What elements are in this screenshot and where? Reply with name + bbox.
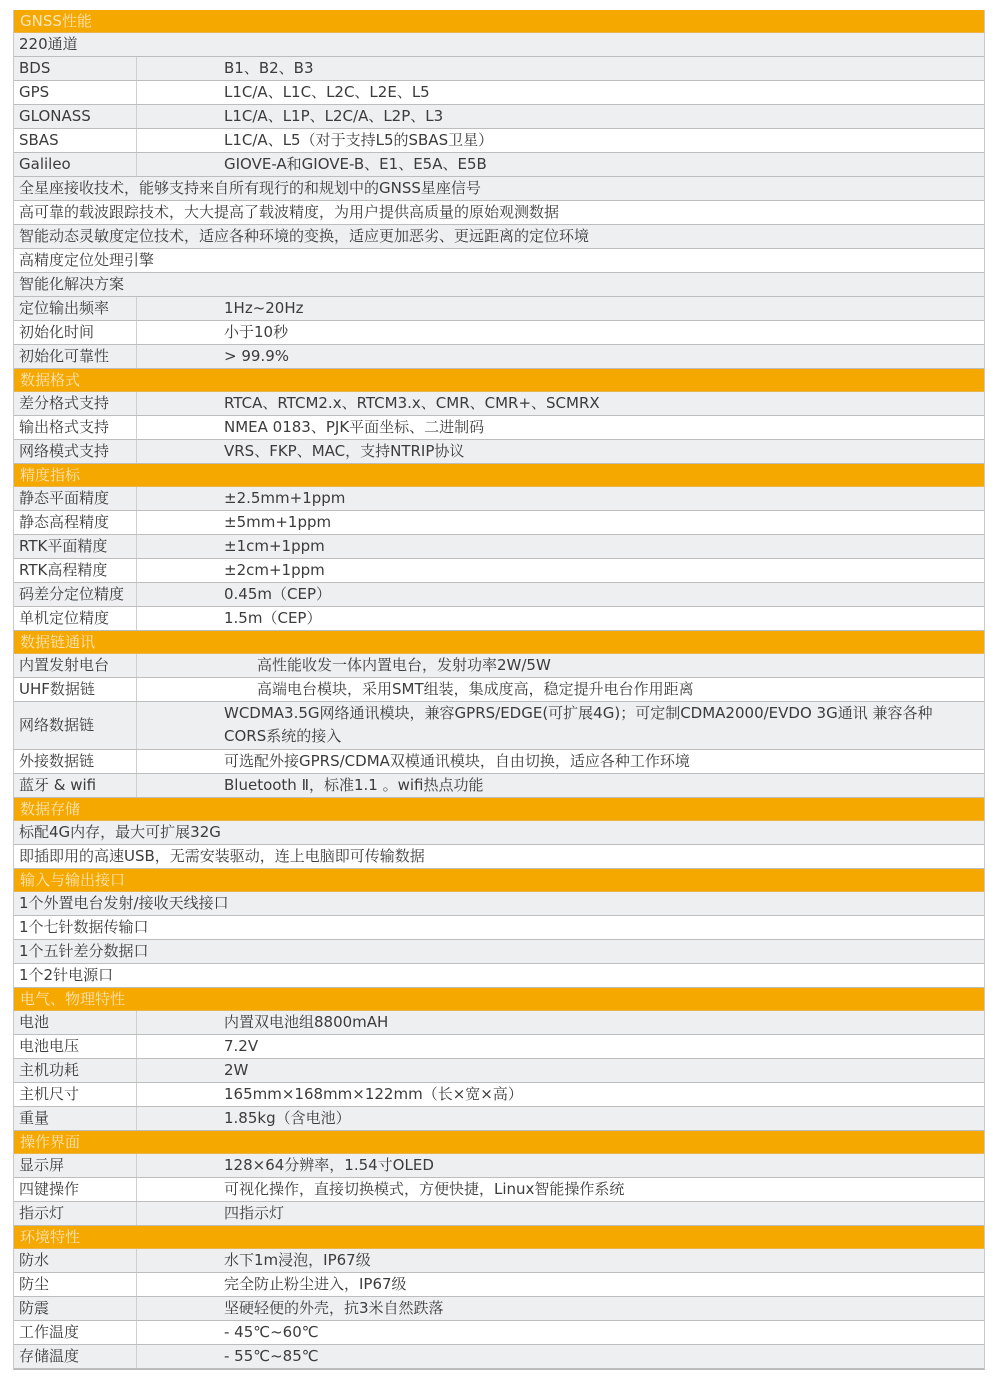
table-row: 防尘完全防止粉尘进入，IP67级 [14,1273,984,1297]
table-row: 差分格式支持RTCA、RTCM2.x、RTCM3.x、CMR、CMR+、SCMR… [14,392,984,416]
table-row: 1个外置电台发射/接收天线接口 [14,892,984,916]
row-label: 重量 [14,1107,137,1130]
table-row: 防震坚硬轻便的外壳，抗3米自然跌落 [14,1297,984,1321]
row-label: 主机功耗 [14,1059,137,1082]
row-value: 四指示灯 [137,1202,984,1225]
table-row: GLONASSL1C/A、L1P、L2C/A、L2P、L3 [14,105,984,129]
row-text: 标配4G内存，最大可扩展32G [14,821,984,844]
row-value: 0.45m（CEP） [137,583,984,606]
table-row: RTK高程精度±2cm+1ppm [14,559,984,583]
row-text: 高可靠的载波跟踪技术，大大提高了载波精度，为用户提供高质量的原始观测数据 [14,201,984,224]
row-label: 输出格式支持 [14,416,137,439]
row-value: NMEA 0183、PJK平面坐标、二进制码 [137,416,984,439]
table-row: 初始化可靠性 > 99.9% [14,345,984,369]
row-label: 静态高程精度 [14,511,137,534]
row-value: 完全防止粉尘进入，IP67级 [137,1273,984,1296]
table-row: UHF数据链高端电台模块，采用SMT组装，集成度高，稳定提升电台作用距离 [14,678,984,702]
table-row: BDSB1、B2、B3 [14,57,984,81]
table-row: 全星座接收技术，能够支持来自所有现行的和规划中的GNSS星座信号 [14,177,984,201]
row-label: 网络模式支持 [14,440,137,463]
row-label: 显示屏 [14,1154,137,1177]
section-header: 环境特性 [14,1226,984,1249]
table-row: GalileoGIOVE-A和GIOVE-B、E1、E5A、E5B [14,153,984,177]
row-label: 外接数据链 [14,750,137,773]
table-row: 网络数据链WCDMA3.5G网络通讯模块，兼容GPRS/EDGE(可扩展4G)；… [14,702,984,750]
section-header: 数据链通讯 [14,631,984,654]
row-label: 差分格式支持 [14,392,137,415]
row-value: ±1cm+1ppm [137,535,984,558]
row-text: 高精度定位处理引擎 [14,249,984,272]
row-label: Galileo [14,153,137,176]
table-row: 四键操作可视化操作，直接切换模式，方便快捷，Linux智能操作系统 [14,1178,984,1202]
row-label: 四键操作 [14,1178,137,1201]
row-value: RTCA、RTCM2.x、RTCM3.x、CMR、CMR+、SCMRX [137,392,984,415]
row-value: L1C/A、L5（对于支持L5的SBAS卫星） [137,129,984,152]
row-text: 1个七针数据传输口 [14,916,984,939]
table-row: 1个五针差分数据口 [14,940,984,964]
table-row: 智能化解决方案 [14,273,984,297]
section-header: 数据存储 [14,798,984,821]
table-row: 电池电压7.2V [14,1035,984,1059]
row-value: 高端电台模块，采用SMT组装，集成度高，稳定提升电台作用距离 [137,678,984,701]
table-row: 1个2针电源口 [14,964,984,988]
row-label: 单机定位精度 [14,607,137,630]
row-label: RTK平面精度 [14,535,137,558]
table-row: 即插即用的高速USB，无需安装驱动，连上电脑即可传输数据 [14,845,984,869]
row-text: 1个五针差分数据口 [14,940,984,963]
row-label: 工作温度 [14,1321,137,1344]
section-header: 精度指标 [14,464,984,487]
row-value: VRS、FKP、MAC，支持NTRIP协议 [137,440,984,463]
row-value: ±2cm+1ppm [137,559,984,582]
table-row: 主机功耗2W [14,1059,984,1083]
row-value: 7.2V [137,1035,984,1058]
table-row: 蓝牙 & wifiBluetooth Ⅱ，标准1.1 。wifi热点功能 [14,774,984,798]
row-value: 165mm×168mm×122mm（长×宽×高） [137,1083,984,1106]
table-row: 初始化时间小于10秒 [14,321,984,345]
table-row: 高精度定位处理引擎 [14,249,984,273]
table-row: 输出格式支持NMEA 0183、PJK平面坐标、二进制码 [14,416,984,440]
row-text: 智能化解决方案 [14,273,984,296]
table-row: 网络模式支持VRS、FKP、MAC，支持NTRIP协议 [14,440,984,464]
row-label: RTK高程精度 [14,559,137,582]
row-value: 1Hz~20Hz [137,297,984,320]
row-label: 内置发射电台 [14,654,137,677]
table-row: 防水水下1m浸泡，IP67级 [14,1249,984,1273]
row-text: 1个2针电源口 [14,964,984,987]
table-row: 静态平面精度±2.5mm+1ppm [14,487,984,511]
table-row: 智能动态灵敏度定位技术，适应各种环境的变换，适应更加恶劣、更远距离的定位环境 [14,225,984,249]
section-header: GNSS性能 [14,10,984,33]
row-label: 电池 [14,1011,137,1034]
row-value: 坚硬轻便的外壳，抗3米自然跌落 [137,1297,984,1320]
row-value: B1、B2、B3 [137,57,984,80]
table-row: 内置发射电台高性能收发一体内置电台，发射功率2W/5W [14,654,984,678]
row-label: 防尘 [14,1273,137,1296]
table-row: 标配4G内存，最大可扩展32G [14,821,984,845]
row-text: 220通道 [14,33,984,56]
row-value: 水下1m浸泡，IP67级 [137,1249,984,1272]
section-header: 输入与输出接口 [14,869,984,892]
table-row: 单机定位精度1.5m（CEP） [14,607,984,631]
row-value: 1.85kg（含电池） [137,1107,984,1130]
section-header: 操作界面 [14,1131,984,1154]
section-header: 数据格式 [14,369,984,392]
row-value: L1C/A、L1C、L2C、L2E、L5 [137,81,984,104]
table-row: 电池内置双电池组8800mAH [14,1011,984,1035]
table-row: GPSL1C/A、L1C、L2C、L2E、L5 [14,81,984,105]
table-row: 220通道 [14,33,984,57]
row-label: 码差分定位精度 [14,583,137,606]
table-row: 工作温度 - 45℃~60℃ [14,1321,984,1345]
row-value: 可视化操作，直接切换模式，方便快捷，Linux智能操作系统 [137,1178,984,1201]
row-value: 小于10秒 [137,321,984,344]
row-text: 1个外置电台发射/接收天线接口 [14,892,984,915]
table-row: 显示屏128×64分辨率，1.54寸OLED [14,1154,984,1178]
row-text: 智能动态灵敏度定位技术，适应各种环境的变换，适应更加恶劣、更远距离的定位环境 [14,225,984,248]
row-value: GIOVE-A和GIOVE-B、E1、E5A、E5B [137,153,984,176]
table-row: SBASL1C/A、L5（对于支持L5的SBAS卫星） [14,129,984,153]
table-row: 指示灯四指示灯 [14,1202,984,1226]
row-label: 定位输出频率 [14,297,137,320]
row-label: 网络数据链 [14,702,137,749]
row-label: 指示灯 [14,1202,137,1225]
row-value: 高性能收发一体内置电台，发射功率2W/5W [137,654,984,677]
row-label: 存储温度 [14,1345,137,1368]
row-value: 128×64分辨率，1.54寸OLED [137,1154,984,1177]
row-value: > 99.9% [137,345,984,368]
row-value: Bluetooth Ⅱ，标准1.1 。wifi热点功能 [137,774,984,797]
row-value: ±2.5mm+1ppm [137,487,984,510]
row-label: UHF数据链 [14,678,137,701]
row-value: 2W [137,1059,984,1082]
row-label: BDS [14,57,137,80]
row-label: 静态平面精度 [14,487,137,510]
row-value: 1.5m（CEP） [137,607,984,630]
table-row: 静态高程精度±5mm+1ppm [14,511,984,535]
table-row: 定位输出频率1Hz~20Hz [14,297,984,321]
row-text: 即插即用的高速USB，无需安装驱动，连上电脑即可传输数据 [14,845,984,868]
row-label: 初始化可靠性 [14,345,137,368]
row-value: 可选配外接GPRS/CDMA双模通讯模块，自由切换，适应各种工作环境 [137,750,984,773]
row-label: 电池电压 [14,1035,137,1058]
row-label: 初始化时间 [14,321,137,344]
row-text: 全星座接收技术，能够支持来自所有现行的和规划中的GNSS星座信号 [14,177,984,200]
table-row: 高可靠的载波跟踪技术，大大提高了载波精度，为用户提供高质量的原始观测数据 [14,201,984,225]
row-label: 防水 [14,1249,137,1272]
table-row: 外接数据链可选配外接GPRS/CDMA双模通讯模块，自由切换，适应各种工作环境 [14,750,984,774]
table-row: RTK平面精度±1cm+1ppm [14,535,984,559]
table-row: 主机尺寸165mm×168mm×122mm（长×宽×高） [14,1083,984,1107]
table-row: 1个七针数据传输口 [14,916,984,940]
row-value: 内置双电池组8800mAH [137,1011,984,1034]
row-value: - 45℃~60℃ [137,1321,984,1344]
row-label: 防震 [14,1297,137,1320]
table-row: 码差分定位精度0.45m（CEP） [14,583,984,607]
row-value: - 55℃~85℃ [137,1345,984,1368]
section-header: 电气、物理特性 [14,988,984,1011]
table-row: 重量1.85kg（含电池） [14,1107,984,1131]
spec-table: GNSS性能220通道BDSB1、B2、B3GPSL1C/A、L1C、L2C、L… [13,10,985,1370]
row-value: WCDMA3.5G网络通讯模块，兼容GPRS/EDGE(可扩展4G)；可定制CD… [137,702,984,749]
row-value: L1C/A、L1P、L2C/A、L2P、L3 [137,105,984,128]
row-label: SBAS [14,129,137,152]
table-row: 存储温度 - 55℃~85℃ [14,1345,984,1369]
row-label: 主机尺寸 [14,1083,137,1106]
row-label: GLONASS [14,105,137,128]
row-label: GPS [14,81,137,104]
row-label: 蓝牙 & wifi [14,774,137,797]
row-value: ±5mm+1ppm [137,511,984,534]
